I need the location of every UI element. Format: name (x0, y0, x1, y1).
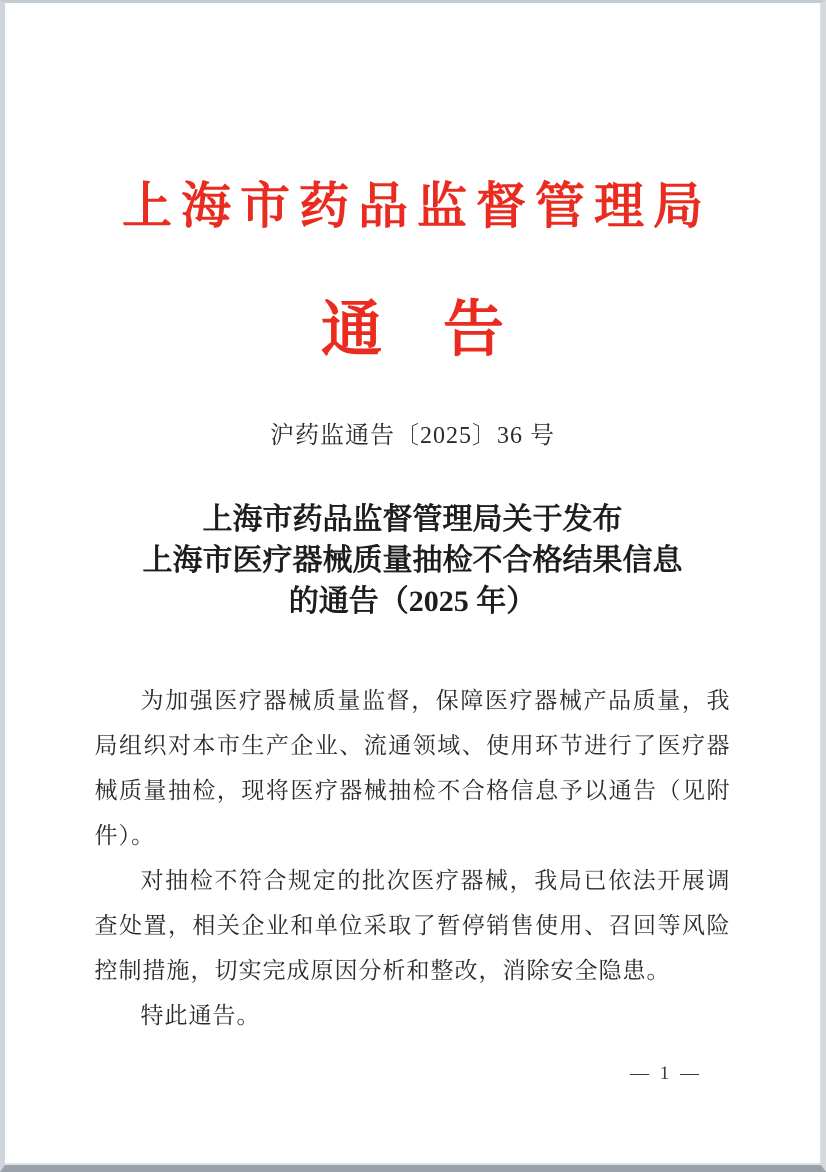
document-page: 上海市药品监督管理局 通 告 沪药监通告〔2025〕36 号 上海市药品监督管理… (5, 3, 820, 1163)
notice-type-title: 通 告 (5, 299, 820, 363)
notice-heading-line-1: 上海市药品监督管理局关于发布 (5, 499, 820, 540)
notice-heading: 上海市药品监督管理局关于发布 上海市医疗器械质量抽检不合格结果信息 的通告（20… (5, 499, 820, 622)
notice-heading-line-2: 上海市医疗器械质量抽检不合格结果信息 (5, 540, 820, 581)
body-paragraph-1: 为加强医疗器械质量监督，保障医疗器械产品质量，我局组织对本市生产企业、流通领域、… (95, 678, 731, 858)
notice-body: 为加强医疗器械质量监督，保障医疗器械产品质量，我局组织对本市生产企业、流通领域、… (95, 678, 731, 1038)
agency-masthead-title: 上海市药品监督管理局 (5, 179, 820, 233)
body-paragraph-3: 特此通告。 (95, 993, 731, 1038)
body-paragraph-2: 对抽检不符合规定的批次医疗器械，我局已依法开展调查处置，相关企业和单位采取了暂停… (95, 858, 731, 993)
page-number: — 1 — (630, 1063, 702, 1085)
document-number: 沪药监通告〔2025〕36 号 (5, 421, 820, 451)
notice-heading-line-3: 的通告（2025 年） (5, 581, 820, 622)
